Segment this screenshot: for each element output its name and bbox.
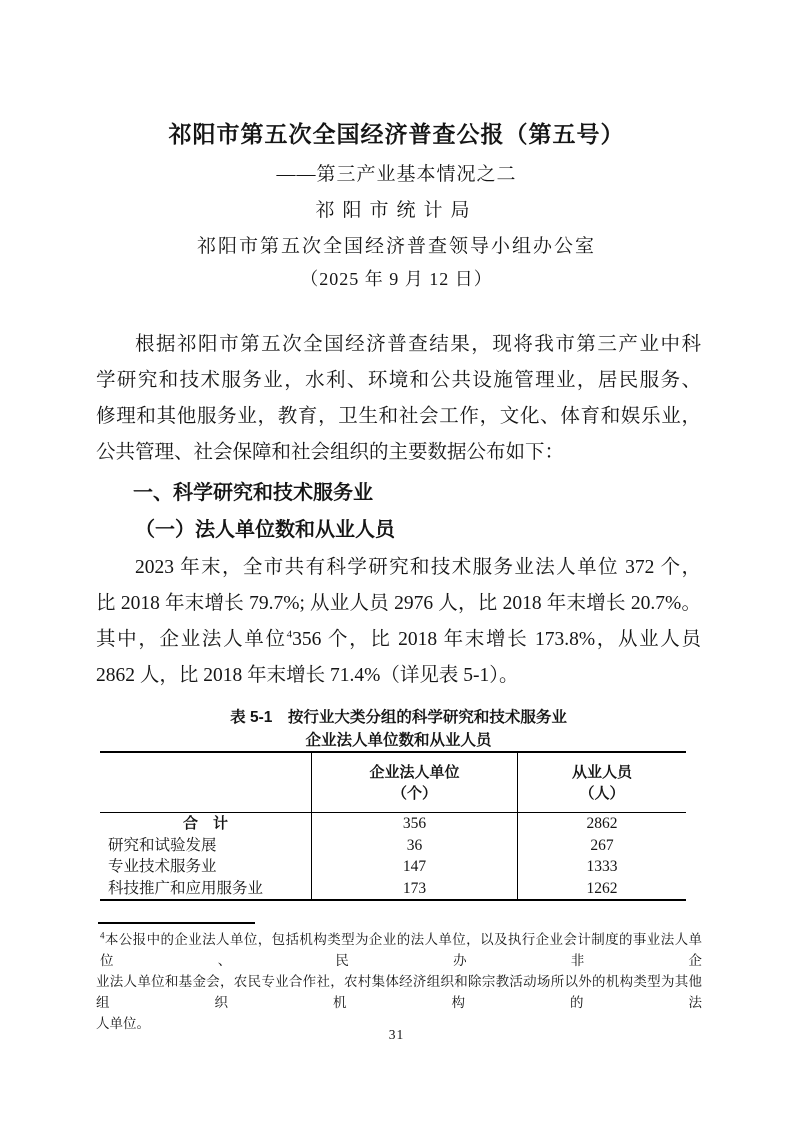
footnote-separator <box>98 922 255 924</box>
table-caption-line2: 企业法人单位数和从业人员 <box>96 729 701 752</box>
org-line-statistics-bureau: 祁阳市统计局 <box>0 195 793 222</box>
table-header-units: 企业法人单位 （个） <box>311 753 517 813</box>
row-label-total: 合 计 <box>100 813 311 835</box>
header-unit: （人） <box>579 783 624 804</box>
cell-units: 36 <box>311 835 517 857</box>
cell-total-units: 356 <box>311 813 517 835</box>
table-header-empty <box>100 753 311 813</box>
data-table: 企业法人单位 （个） 从业人员 （人） 合 计 356 2862 研究和试验发展… <box>100 751 686 901</box>
cell-total-persons: 2862 <box>517 813 686 835</box>
paragraph-line: 其中，企业法人单位4356 个，比 2018 年末增长 173.8%，从业人员 <box>96 622 701 658</box>
header-title: 从业人员 <box>572 762 632 783</box>
cell-persons: 1333 <box>517 856 686 878</box>
org-line-census-office: 祁阳市第五次全国经济普查领导小组办公室 <box>0 231 793 258</box>
paragraph-line: 学研究和技术服务业，水利、环境和公共设施管理业，居民服务、 <box>96 363 701 399</box>
cell-units: 173 <box>311 878 517 900</box>
paragraph-line: 公共管理、社会保障和社会组织的主要数据公布如下： <box>96 435 701 471</box>
table-header-persons: 从业人员 （人） <box>517 753 686 813</box>
section-heading-2: （一）法人单位数和从业人员 <box>96 516 701 544</box>
footnote: 4本公报中的企业法人单位，包括机构类型为企业的法人单位，以及执行企业会计制度的事… <box>96 929 702 1034</box>
header-title: 企业法人单位 <box>369 762 459 783</box>
table-caption: 表 5-1 按行业大类分组的科学研究和技术服务业 企业法人单位数和从业人员 <box>96 706 701 752</box>
intro-paragraph: 根据祁阳市第五次全国经济普查结果，现将我市第三产业中科 学研究和技术服务业，水利… <box>96 327 701 471</box>
footnote-text: 本公报中的企业法人单位，包括机构类型为企业的法人单位，以及执行企业会计制度的事业… <box>100 932 702 968</box>
row-label: 研究和试验发展 <box>100 835 311 857</box>
page-number: 31 <box>0 1027 793 1043</box>
row-label: 专业技术服务业 <box>100 856 311 878</box>
paragraph-line: 根据祁阳市第五次全国经济普查结果，现将我市第三产业中科 <box>96 327 701 363</box>
footnote-line: 业法人单位和基金会，农民专业合作社，农村集体经济组织和除宗教活动场所以外的机构类… <box>96 971 702 1013</box>
page-title: 祁阳市第五次全国经济普查公报（第五号） <box>0 116 793 149</box>
paragraph-line: 比 2018 年末增长 79.7%; 从业人员 2976 人，比 2018 年末… <box>96 586 701 622</box>
paragraph-line: 2862 人，比 2018 年末增长 71.4%（详见表 5-1）。 <box>96 658 701 694</box>
cell-units: 147 <box>311 856 517 878</box>
header-unit: （个） <box>392 783 437 804</box>
subtitle: ——第三产业基本情况之二 <box>0 159 793 186</box>
section-heading-1: 一、科学研究和技术服务业 <box>96 479 701 507</box>
cell-persons: 1262 <box>517 878 686 900</box>
footnote-line: 4本公报中的企业法人单位，包括机构类型为企业的法人单位，以及执行企业会计制度的事… <box>96 929 702 971</box>
cell-persons: 267 <box>517 835 686 857</box>
document-page: 祁阳市第五次全国经济普查公报（第五号） ——第三产业基本情况之二 祁阳市统计局 … <box>0 0 793 1122</box>
line-text: 其中，企业法人单位 <box>96 629 287 650</box>
paragraph-line: 2023 年末，全市共有科学研究和技术服务业法人单位 372 个， <box>96 550 701 586</box>
date-line: （2025 年 9 月 12 日） <box>0 265 793 291</box>
paragraph-line: 修理和其他服务业，教育，卫生和社会工作，文化、体育和娱乐业， <box>96 399 701 435</box>
line-text: 356 个，比 2018 年末增长 173.8%，从业人员 <box>292 629 701 650</box>
table-caption-line1: 表 5-1 按行业大类分组的科学研究和技术服务业 <box>96 706 701 729</box>
row-label: 科技推广和应用服务业 <box>100 878 311 900</box>
statistics-paragraph: 2023 年末，全市共有科学研究和技术服务业法人单位 372 个， 比 2018… <box>96 550 701 694</box>
